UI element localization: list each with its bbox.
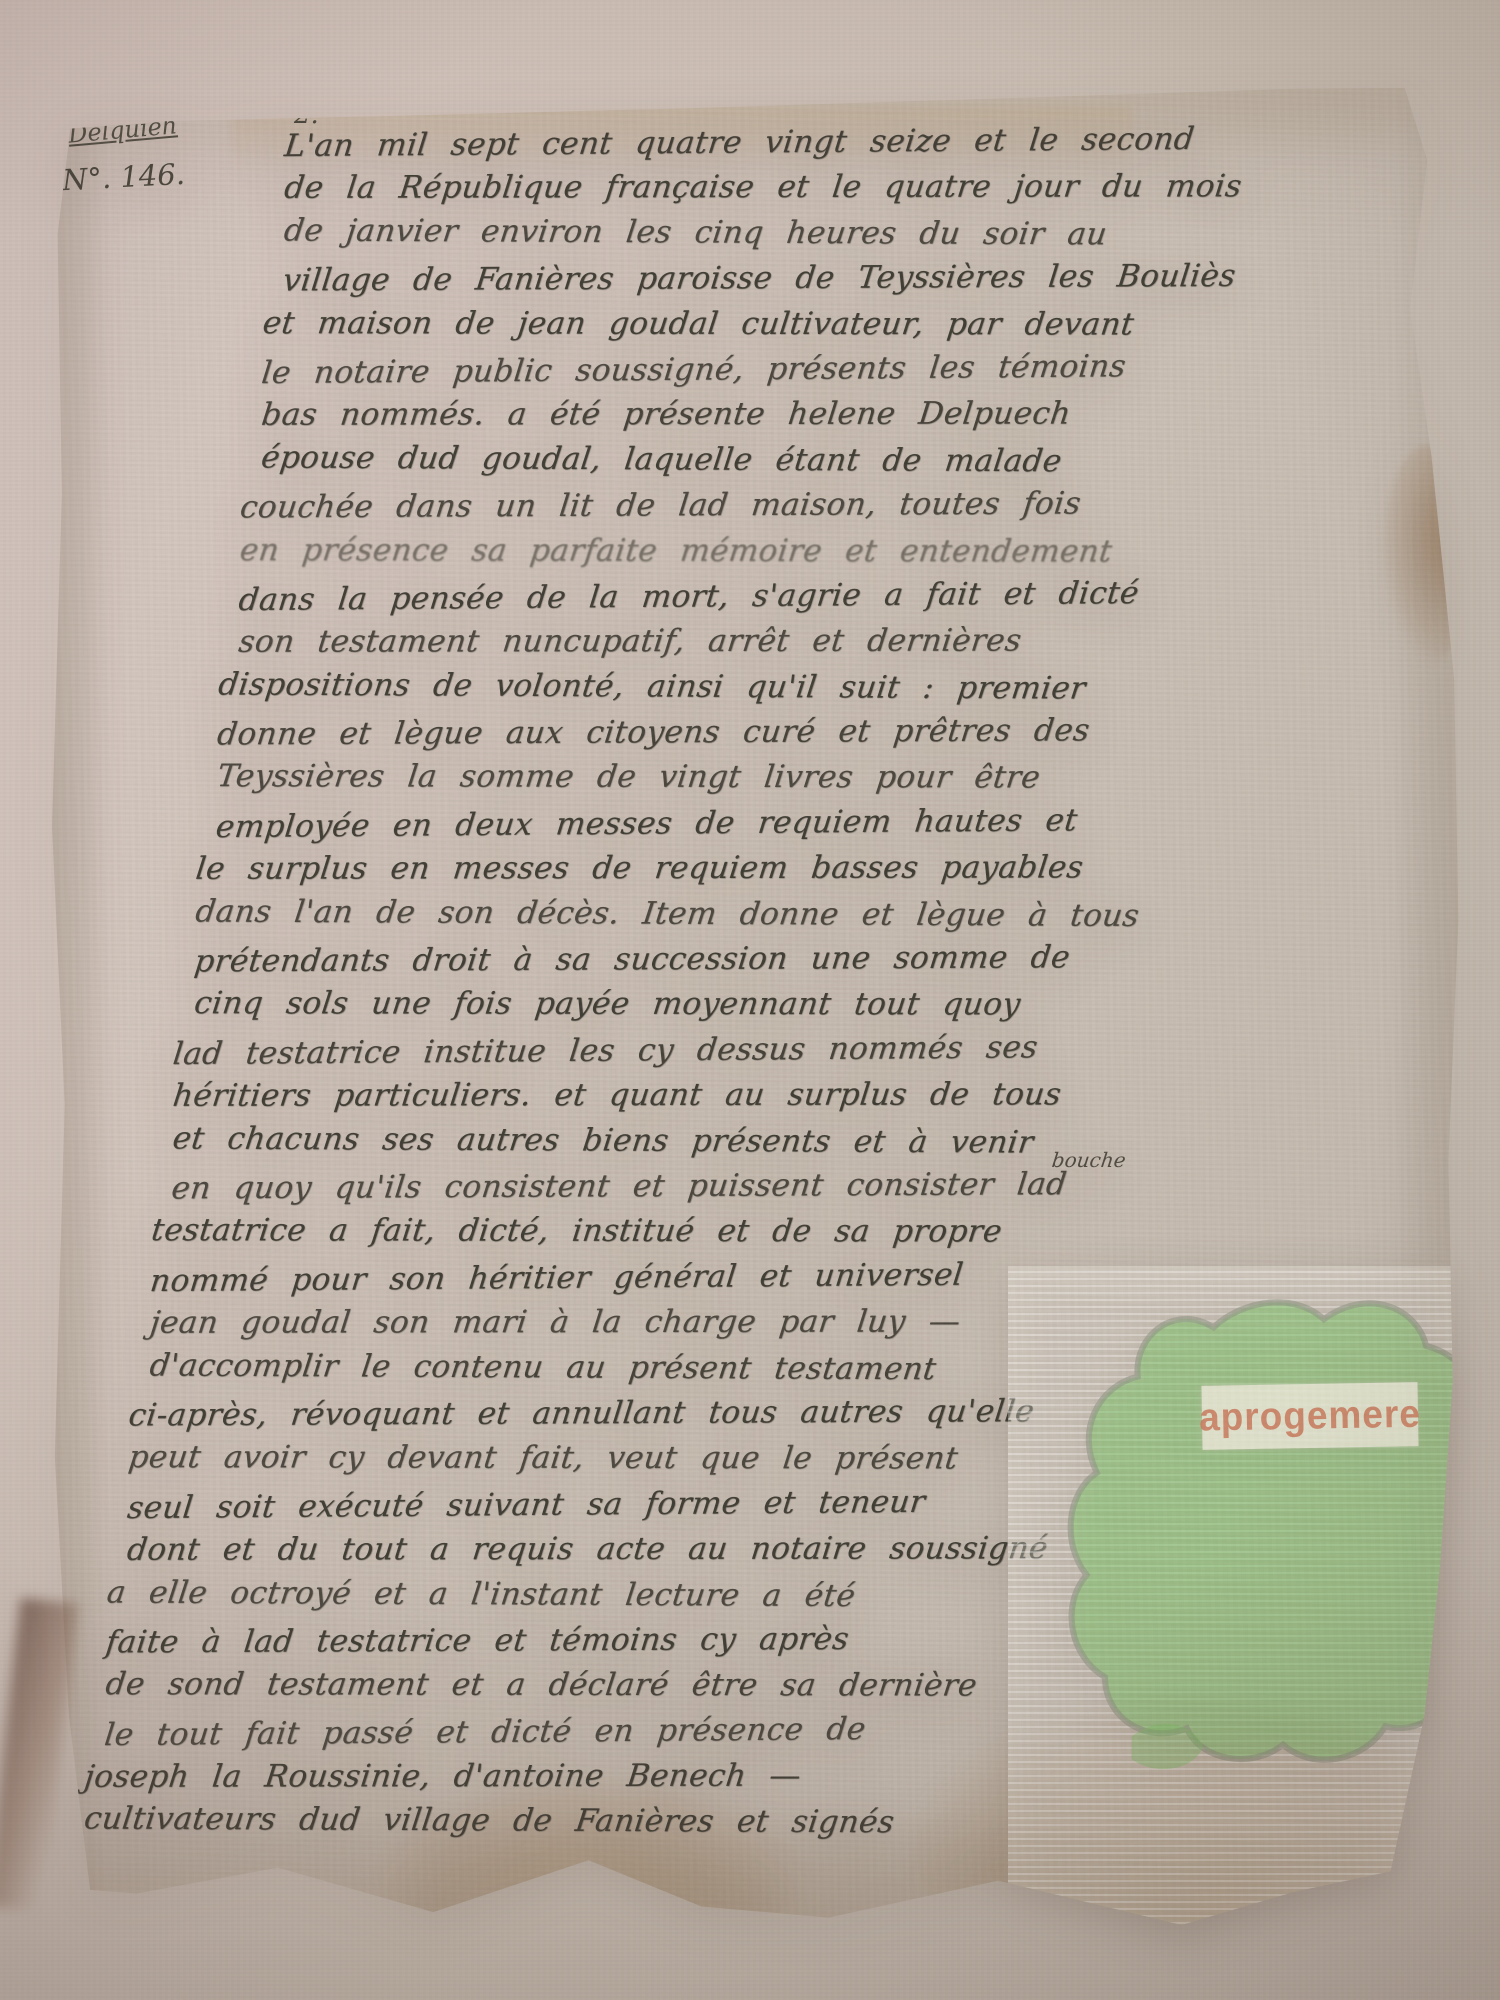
manuscript-line: cultivateurs dud village de Fanières et … [81,1797,1141,1847]
manuscript-line: héritiers particuliers. et quant au surp… [170,1072,1231,1119]
manuscript-line: bas nommés. a été présente helene Delpue… [259,392,1315,439]
manuscript-line: testatrice a fait, dicté, institué et de… [149,1209,1214,1256]
photo-of-document: Delquieh N°. 146. 2. L'an mil sept cent … [0,0,1500,2000]
manuscript-line: et maison de jean goudal cultivateur, pa… [260,301,1325,348]
manuscript-line: peut avoir cy devant fait, veut que le p… [126,1435,1186,1482]
manuscript-line: de la République française et le quatre … [282,165,1343,212]
manuscript-line: de janvier environ les cinq heures du so… [281,208,1336,258]
stain [1382,446,1464,666]
margin-keyword: Delquieh [67,111,178,148]
manuscript-line: cinq sols une fois payée moyennant tout … [191,982,1241,1029]
manuscript-text: L'an mil sept cent quatre vingt seize et… [76,120,1348,1845]
manuscript-line: le notaire public soussigné, présents le… [259,343,1320,397]
manuscript-line: ci-après, révoquant et annullant tous au… [126,1388,1192,1438]
manuscript-line: lad testatrice institue les cy dessus no… [171,1024,1237,1078]
manuscript-line: dans l'an de son décès. Item donne et lè… [193,889,1253,939]
manuscript-line: dans la pensée de la mort, s'agrie a fai… [236,570,1292,624]
document-number: N°. 146. [61,157,186,197]
manuscript-line: épouse dud goudal, laquelle étant de mal… [259,435,1309,485]
manuscript-line: jean goudal son mari à la charge par luy… [147,1299,1203,1346]
manuscript-line: Teyssières la somme de vingt livres pour… [214,755,1269,802]
manuscript-line: prétendants droit à sa succession une so… [192,935,1248,985]
manuscript-line: L'an mil sept cent quatre vingt seize et… [282,116,1348,170]
manuscript-line: le surplus en messes de requiem basses p… [193,845,1259,892]
manuscript-line: son testament nuncupatif, arrêt et derni… [236,618,1287,665]
manuscript-line: dont et du tout a requis acte au notaire… [124,1526,1175,1573]
manuscript-line: en présence sa parfaite mémoire et enten… [237,528,1297,575]
interline-word: bouche [1051,1148,1128,1172]
manuscript-line: nommé pour son héritier général et unive… [148,1251,1209,1305]
manuscript-line: village de Fanières paroisse de Teyssièr… [280,254,1331,304]
manuscript-line: couchée dans un lit de lad maison, toute… [238,481,1304,531]
manuscript-line: faite à lad testatrice et témoins cy apr… [103,1615,1164,1665]
watermark-label-text: aprogemere [1199,1392,1422,1440]
manuscript-line: employée en deux messes de requiem haute… [213,797,1264,851]
paper-shadow-wrap: Delquieh N°. 146. 2. L'an mil sept cent … [52,86,1464,1938]
manuscript-line: dispositions de volonté, ainsi qu'il sui… [216,662,1281,712]
manuscript-line: donne et lègue aux citoyens curé et prêt… [215,708,1276,758]
manuscript-line: joseph la Roussinie, d'antoine Benech — [82,1753,1148,1800]
watermark-label: aprogemere [1201,1382,1418,1450]
manuscript-line: le tout fait passé et dicté en présence … [102,1705,1153,1759]
manuscript-line: d'accomplir le contenu au présent testam… [147,1343,1197,1393]
document-paper: Delquieh N°. 146. 2. L'an mil sept cent … [52,86,1464,1938]
manuscript-line: seul soit exécuté suivant sa forme et te… [125,1478,1181,1532]
manuscript-line: de sond testament et a déclaré être sa d… [103,1662,1158,1709]
manuscript-line: a elle octroyé et a l'instant lecture a … [104,1570,1169,1620]
